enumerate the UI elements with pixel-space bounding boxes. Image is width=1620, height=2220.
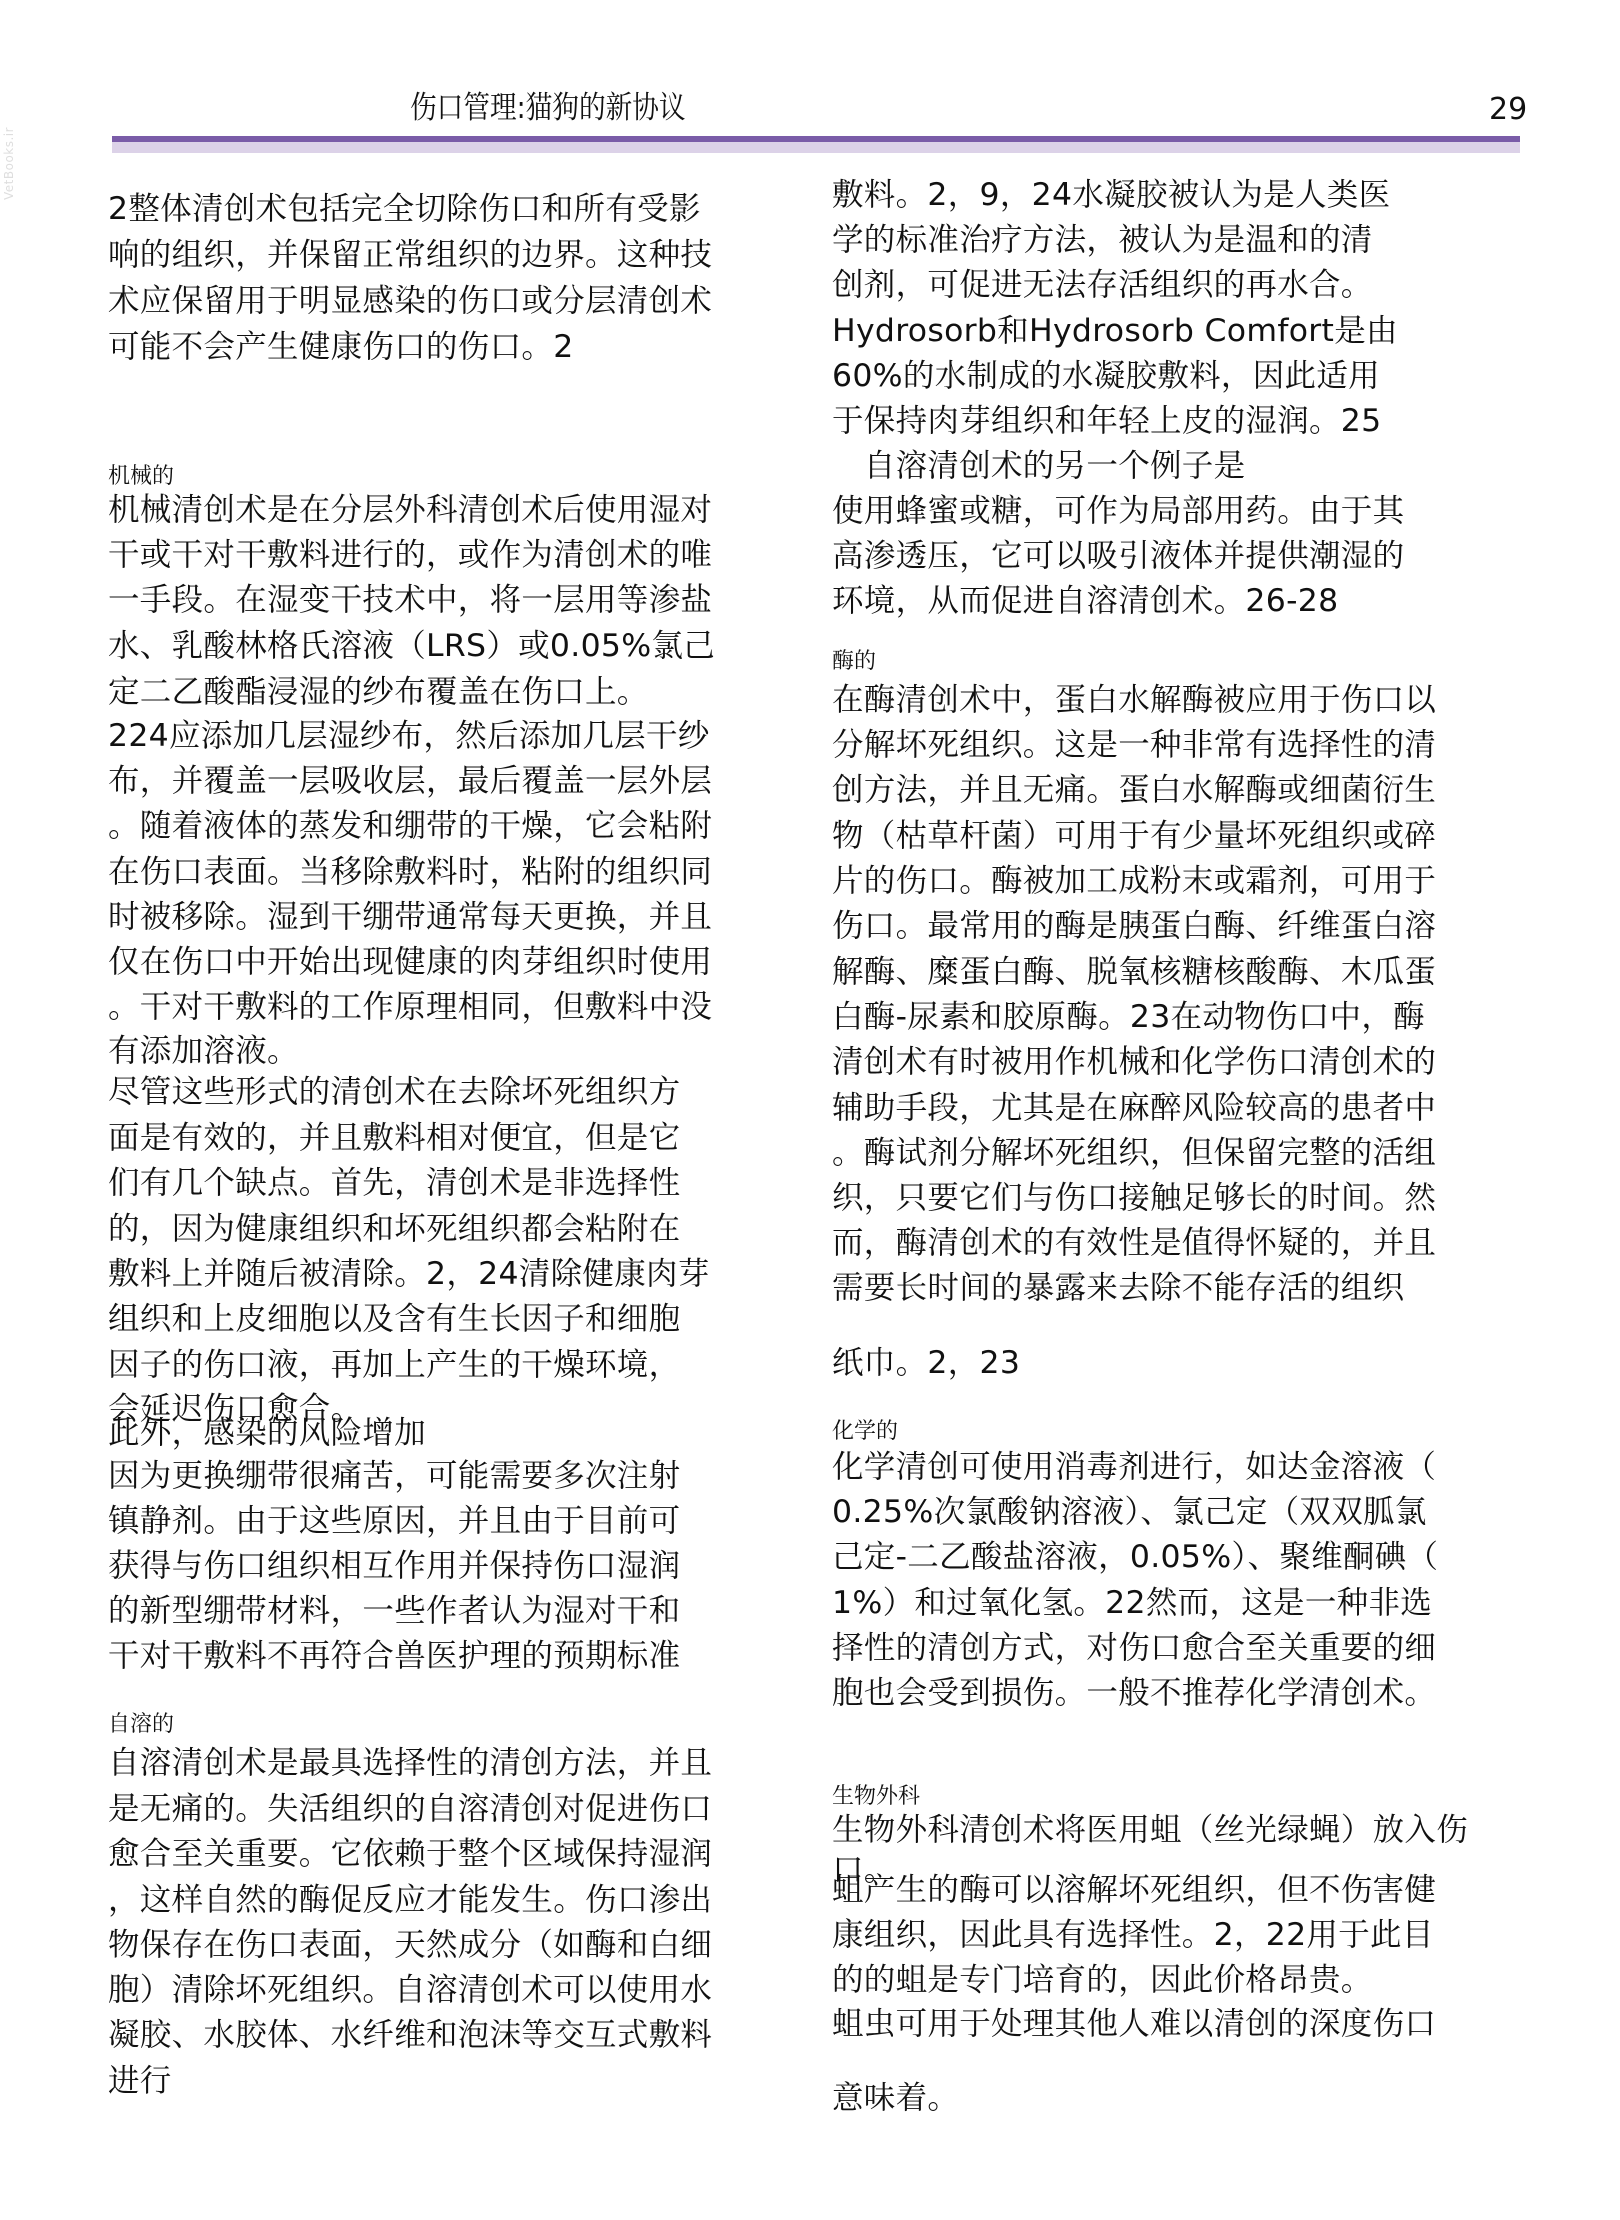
mechanical-p2-line: 尽管这些形式的清创术在去除坏死组织方 <box>108 1072 680 1112</box>
mechanical-p2-line: 们有几个缺点。首先，清创术是非选择性 <box>108 1163 680 1203</box>
intro-line: 响的组织，并保留正常组织的边界。这种技 <box>108 235 712 275</box>
biosurgical-tail: 意味着。 <box>832 2078 959 2118</box>
mechanical-p3-line: 因为更换绷带很痛苦，可能需要多次注射 <box>108 1456 680 1496</box>
section-heading-autolytic: 自溶的 <box>108 1711 174 1739</box>
enzymatic-line: 片的伤口。酶被加工成粉末或霜剂，可用于 <box>832 861 1436 901</box>
mechanical-line: 仅在伤口中开始出现健康的肉芽组织时使用 <box>108 942 712 982</box>
enzymatic-line: 创方法，并且无痛。蛋白水解酶或细菌衍生 <box>832 770 1436 810</box>
biosurgical-line: 的的蛆是专门培育的，因此价格昂贵。 <box>832 1960 1373 2000</box>
intro-line: 术应保留用于明显感染的伤口或分层清创术 <box>108 281 712 321</box>
autolytic-cont-line: 60%的水制成的水凝胶敷料，因此适用 <box>832 356 1380 396</box>
enzymatic-line: 织，只要它们与伤口接触足够长的时间。然 <box>832 1178 1436 1218</box>
running-title: 伤口管理:猫狗的新协议 <box>410 82 686 127</box>
enzymatic-line: 辅助手段，尤其是在麻醉风险较高的患者中 <box>832 1088 1436 1128</box>
page-number: 29 <box>1489 92 1527 127</box>
mechanical-line: 定二乙酸酯浸湿的纱布覆盖在伤口上。 <box>108 672 649 712</box>
honey-line: 使用蜂蜜或糖，可作为局部用药。由于其 <box>832 491 1404 531</box>
enzymatic-line: 伤口。最常用的酶是胰蛋白酶、纤维蛋白溶 <box>832 906 1436 946</box>
chemical-line: 1%）和过氧化氢。22然而，这是一种非选 <box>832 1583 1432 1623</box>
mechanical-line: 。干对干敷料的工作原理相同，但敷料中没 <box>108 987 712 1027</box>
autolytic-line: 愈合至关重要。它依赖于整个区域保持湿润 <box>108 1834 712 1874</box>
enzymatic-tail: 纸巾。2，23 <box>832 1343 1020 1383</box>
mechanical-line: 有添加溶液。 <box>108 1031 299 1071</box>
mechanical-p2-line: 组织和上皮细胞以及含有生长因子和细胞 <box>108 1299 680 1339</box>
enzymatic-line: 分解坏死组织。这是一种非常有选择性的清 <box>832 725 1436 765</box>
biosurgical-line: 蛆虫可用于处理其他人难以清创的深度伤口 <box>832 2004 1436 2044</box>
enzymatic-line: 清创术有时被用作机械和化学伤口清创术的 <box>832 1042 1436 1082</box>
mechanical-p2-line: 面是有效的，并且敷料相对便宜，但是它 <box>108 1118 680 1158</box>
mechanical-p3-line: 镇静剂。由于这些原因，并且由于目前可 <box>108 1501 680 1541</box>
mechanical-line: 布，并覆盖一层吸收层，最后覆盖一层外层 <box>108 761 712 801</box>
autolytic-line: ，这样自然的酶促反应才能发生。伤口渗出 <box>108 1880 712 1920</box>
biosurgical-line: 康组织，因此具有选择性。2，22用于此目 <box>832 1915 1434 1955</box>
autolytic-line: 凝胶、水胶体、水纤维和泡沫等交互式敷料 <box>108 2015 712 2055</box>
autolytic-cont-line: 于保持肉芽组织和年轻上皮的湿润。25 <box>832 401 1381 441</box>
enzymatic-line: 而，酶清创术的有效性是值得怀疑的，并且 <box>832 1223 1436 1263</box>
mechanical-line: 干或干对干敷料进行的，或作为清创术的唯 <box>108 535 712 575</box>
autolytic-cont-line: 学的标准治疗方法，被认为是温和的清 <box>832 220 1373 260</box>
mechanical-line: 水、乳酸林格氏溶液（LRS）或0.05%氯己 <box>108 626 715 666</box>
enzymatic-line: 白酶-尿素和胶原酶。23在动物伤口中，酶 <box>832 997 1425 1037</box>
autolytic-line: 物保存在伤口表面，天然成分（如酶和白细 <box>108 1925 712 1965</box>
chemical-line: 己定-二乙酸盐溶液，0.05%）、聚维酮碘（ <box>832 1537 1438 1577</box>
mechanical-p3-line: 此外，感染的风险增加 <box>108 1413 426 1453</box>
mechanical-line: 机械清创术是在分层外科清创术后使用湿对 <box>108 490 712 530</box>
header-rule-light <box>112 142 1520 153</box>
chemical-line: 化学清创可使用消毒剂进行，如达金溶液（ <box>832 1447 1436 1487</box>
mechanical-p2-line: 因子的伤口液，再加上产生的干燥环境， <box>108 1345 680 1385</box>
biosurgical-line: 蛆产生的酶可以溶解坏死组织，但不伤害健 <box>832 1870 1436 1910</box>
section-heading-biosurgical: 生物外科 <box>832 1783 920 1811</box>
autolytic-line: 胞）清除坏死组织。自溶清创术可以使用水 <box>108 1970 712 2010</box>
honey-line: 环境，从而促进自溶清创术。26-28 <box>832 581 1338 621</box>
intro-line: 2整体清创术包括完全切除伤口和所有受影 <box>108 189 701 229</box>
autolytic-line: 进行 <box>108 2061 172 2101</box>
chemical-line: 择性的清创方式，对伤口愈合至关重要的细 <box>832 1628 1436 1668</box>
mechanical-line: 时被移除。湿到干绷带通常每天更换，并且 <box>108 897 712 937</box>
enzymatic-line: 物（枯草杆菌）可用于有少量坏死组织或碎 <box>832 816 1436 856</box>
honey-line: 高渗透压，它可以吸引液体并提供潮湿的 <box>832 536 1404 576</box>
autolytic-cont-line: Hydrosorb和Hydrosorb Comfort是由 <box>832 311 1398 351</box>
mechanical-line: 一手段。在湿变干技术中，将一层用等渗盐 <box>108 580 712 620</box>
chemical-line: 胞也会受到损伤。一般不推荐化学清创术。 <box>832 1673 1436 1713</box>
enzymatic-line: 。酶试剂分解坏死组织，但保留完整的活组 <box>832 1133 1436 1173</box>
mechanical-p3-line: 干对干敷料不再符合兽医护理的预期标准 <box>108 1636 680 1676</box>
intro-line: 可能不会产生健康伤口的伤口。2 <box>108 327 574 367</box>
watermark: VetBooks.ir <box>2 127 16 200</box>
mechanical-line: 。随着液体的蒸发和绷带的干燥，它会粘附 <box>108 806 712 846</box>
mechanical-p2-line: 的，因为健康组织和坏死组织都会粘附在 <box>108 1209 680 1249</box>
enzymatic-line: 在酶清创术中，蛋白水解酶被应用于伤口以 <box>832 680 1436 720</box>
autolytic-line: 是无痛的。失活组织的自溶清创对促进伤口 <box>108 1789 712 1829</box>
enzymatic-line: 解酶、糜蛋白酶、脱氧核糖核酸酶、木瓜蛋 <box>832 952 1436 992</box>
mechanical-p3-line: 获得与伤口组织相互作用并保持伤口湿润 <box>108 1546 680 1586</box>
section-heading-enzymatic: 酶的 <box>832 648 876 676</box>
enzymatic-line: 需要长时间的暴露来去除不能存活的组织 <box>832 1268 1404 1308</box>
autolytic-cont-line: 创剂，可促进无法存活组织的再水合。 <box>832 265 1373 305</box>
autolytic-line: 自溶清创术是最具选择性的清创方法，并且 <box>108 1743 712 1783</box>
mechanical-p3-line: 的新型绷带材料，一些作者认为湿对干和 <box>108 1591 680 1631</box>
section-heading-mechanical: 机械的 <box>108 463 174 491</box>
section-heading-chemical: 化学的 <box>832 1418 898 1446</box>
mechanical-line: 224应添加几层湿纱布，然后添加几层干纱 <box>108 716 710 756</box>
chemical-line: 0.25%次氯酸钠溶液）、氯己定（双双胍氯 <box>832 1492 1427 1532</box>
mechanical-p2-line: 敷料上并随后被清除。2，24清除健康肉芽 <box>108 1254 710 1294</box>
autolytic-cont-line: 敷料。2，9，24水凝胶被认为是人类医 <box>832 175 1390 215</box>
biosurgical-line: 生物外科清创术将医用蛆（丝光绿蝇）放入伤 <box>832 1810 1468 1850</box>
mechanical-line: 在伤口表面。当移除敷料时，粘附的组织同 <box>108 852 712 892</box>
honey-line: 自溶清创术的另一个例子是 <box>832 446 1245 486</box>
